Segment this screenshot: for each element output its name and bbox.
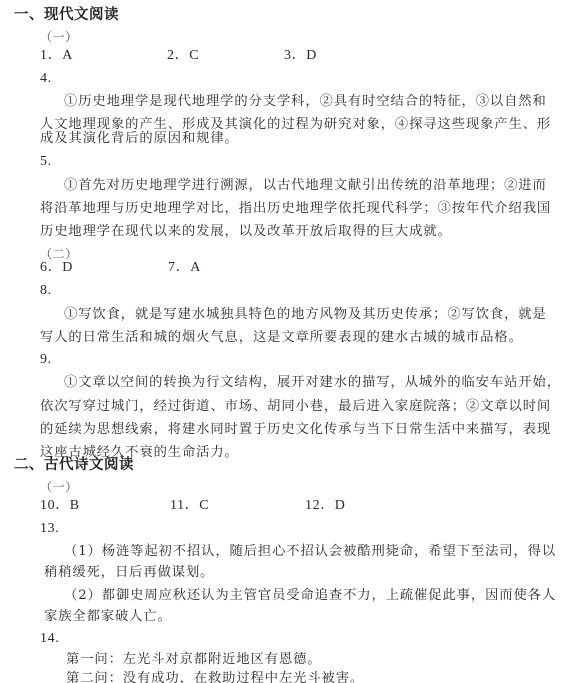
answer-q2: 2．C [167, 46, 199, 66]
answer-q3: 3．D [284, 46, 317, 66]
section-title-modern-reading: 一、现代文阅读 [14, 5, 119, 25]
answer-q10: 10．B [40, 496, 80, 516]
answer-q13-line: 家族全都家破人亡。 [44, 607, 172, 627]
question-number-13: 13. [40, 519, 59, 539]
answer-q8-line: ①写饮食，就是写建水城独具特色的地方风物及其历史传承；②写饮食，就是 [64, 305, 547, 325]
answer-q5-line: ①首先对历史地理学进行溯源，以古代地理文献引出传统的沿革地理；②进而 [64, 176, 547, 196]
answer-q9-line: 的延续为思想线索，将建水同时置于历史文化传承与当下日常生活中来描写，表现 [40, 420, 551, 440]
answer-q7: 7．A [168, 258, 201, 278]
answer-q12: 12．D [305, 496, 346, 516]
question-number-14: 14. [40, 629, 59, 649]
answer-q6: 6．D [40, 258, 73, 278]
answer-q8-line: 写人的日常生活和城的烟火气息，这是文章所要表现的建水古城的城市品格。 [40, 328, 523, 348]
answer-q5-line: 将沿革地理与历史地理学对比，指出历史地理学依托现代科学；③按年代介绍我国 [40, 199, 551, 219]
part-label-1: （一） [40, 27, 78, 47]
answer-q14-line: 第一问：左光斗对京都附近地区有恩德。 [66, 650, 322, 670]
answer-q13-line: 稍稍缓死，日后再做谋划。 [44, 563, 214, 583]
question-number-8: 8. [40, 281, 52, 301]
answer-q9-line: ①文章以空间的转换为行文结构，展开对建水的描写，从城外的临安车站开始， [64, 373, 561, 393]
answer-q13-line: （1）杨涟等起初不招认，随后担心不招认会被酷刑毙命，希望下至法司，得以 [64, 542, 556, 562]
answer-q9-line: 依次写穿过城门，经过街道、市场、胡同小巷，最后进入家庭院落；②文章以时间 [40, 397, 551, 417]
answer-q14-line: 第二问：没有成功，在救助过程中左光斗被害。 [66, 669, 364, 683]
answer-q5-line: 历史地理学在现代以来的发展，以及改革开放后取得的巨大成就。 [40, 222, 452, 242]
section-title-classical-reading: 二、古代诗文阅读 [14, 455, 134, 475]
answer-q4-line: ①历史地理学是现代地理学的分支学科，②具有时空结合的特征，③以自然和 [64, 92, 547, 112]
part-label-1: （一） [40, 477, 78, 497]
answer-q13-line: （2）都御史周应秋还认为主管官员受命追查不力，上疏催促此事，因而使各人 [64, 586, 556, 606]
question-number-9: 9. [40, 350, 52, 370]
answer-q11: 11．C [170, 496, 209, 516]
answer-q4-line: 成及其演化背后的原因和规律。 [40, 129, 239, 149]
question-number-4: 4. [40, 69, 52, 89]
question-number-5: 5. [40, 152, 52, 172]
answer-q1: 1．A [40, 46, 73, 66]
